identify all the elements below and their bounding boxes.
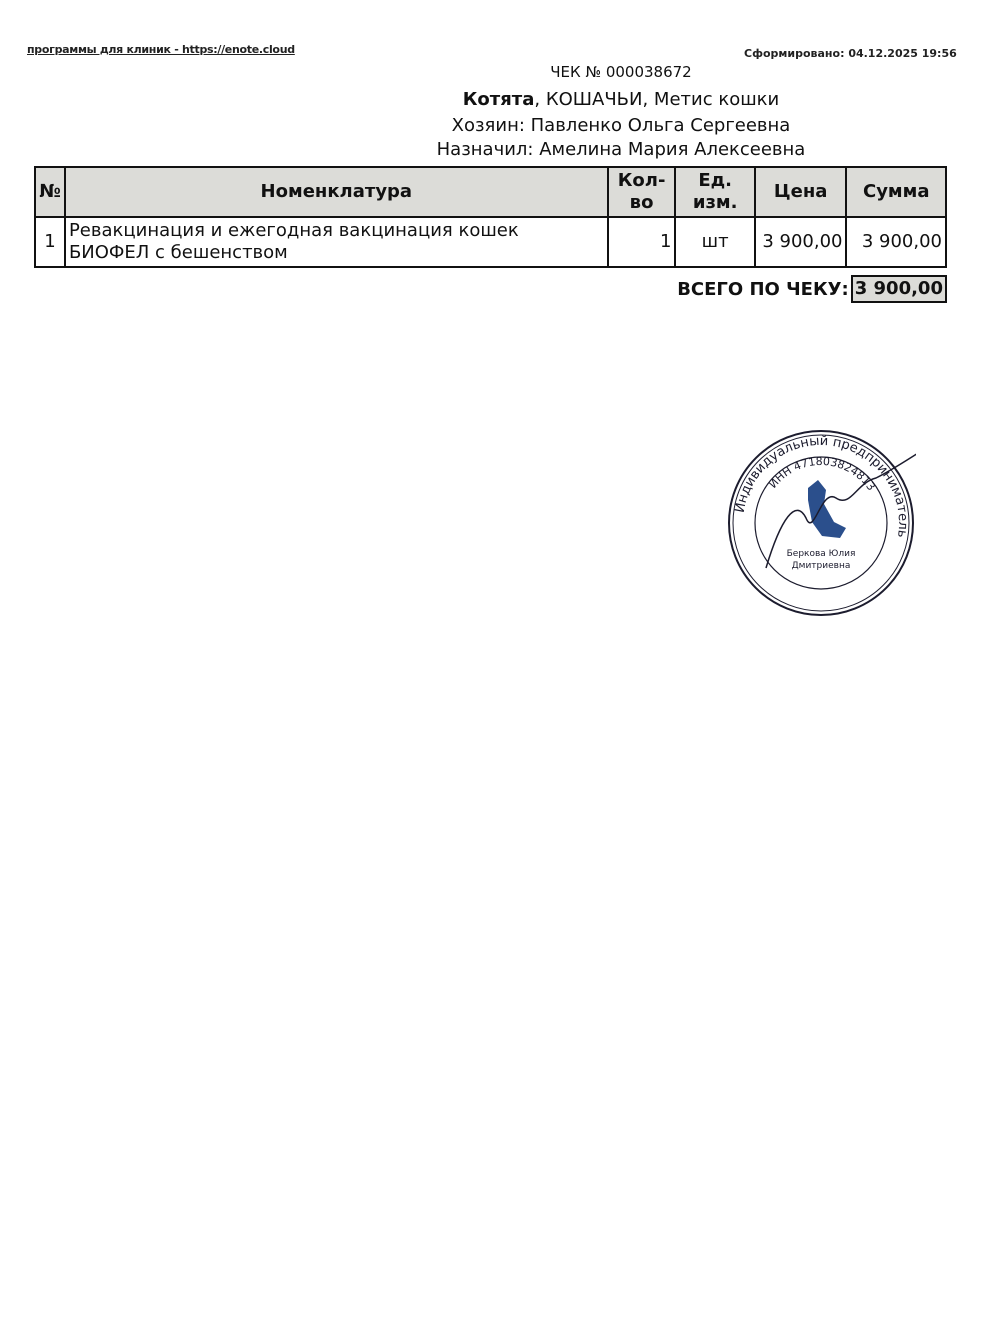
col-sum: Сумма: [846, 167, 946, 217]
table-row: 1 Ревакцинация и ежегодная вакцинация ко…: [35, 217, 946, 267]
svg-text:Беркова Юлия: Беркова Юлия: [787, 549, 856, 559]
col-price: Цена: [755, 167, 847, 217]
total-label: ВСЕГО ПО ЧЕКУ:: [677, 279, 849, 300]
row-no: 1: [35, 217, 65, 267]
col-unit: Ед. изм.: [675, 167, 754, 217]
row-unit: шт: [675, 217, 754, 267]
generated-timestamp: Сформировано: 04.12.2025 19:56: [744, 47, 957, 60]
doctor-line: Назначил: Амелина Мария Алексеевна: [120, 139, 1002, 160]
row-name: Ревакцинация и ежегодная вакцинация коше…: [65, 217, 608, 267]
company-stamp-icon: Индивидуальный предприниматель ИНН 47180…: [726, 428, 916, 618]
pet-species: , КОШАЧЬИ, Метис кошки: [534, 89, 779, 110]
col-qty: Кол-во: [608, 167, 676, 217]
col-name: Номенклатура: [65, 167, 608, 217]
total-row: ВСЕГО ПО ЧЕКУ: 3 900,00: [677, 275, 947, 303]
check-number: ЧЕК № 000038672: [120, 63, 1002, 81]
enote-link[interactable]: программы для клиник - https://enote.clo…: [27, 43, 295, 56]
col-no: №: [35, 167, 65, 217]
svg-text:Дмитриевна: Дмитриевна: [792, 561, 851, 571]
pet-name: Котята: [463, 89, 535, 110]
table-header-row: № Номенклатура Кол-во Ед. изм. Цена Сумм…: [35, 167, 946, 217]
row-qty: 1: [608, 217, 676, 267]
owner-line: Хозяин: Павленко Ольга Сергеевна: [120, 115, 1002, 136]
pet-info: Котята, КОШАЧЬИ, Метис кошки: [120, 89, 1002, 110]
row-sum: 3 900,00: [846, 217, 946, 267]
items-table: № Номенклатура Кол-во Ед. изм. Цена Сумм…: [34, 166, 947, 268]
total-value: 3 900,00: [851, 275, 947, 303]
row-price: 3 900,00: [755, 217, 847, 267]
